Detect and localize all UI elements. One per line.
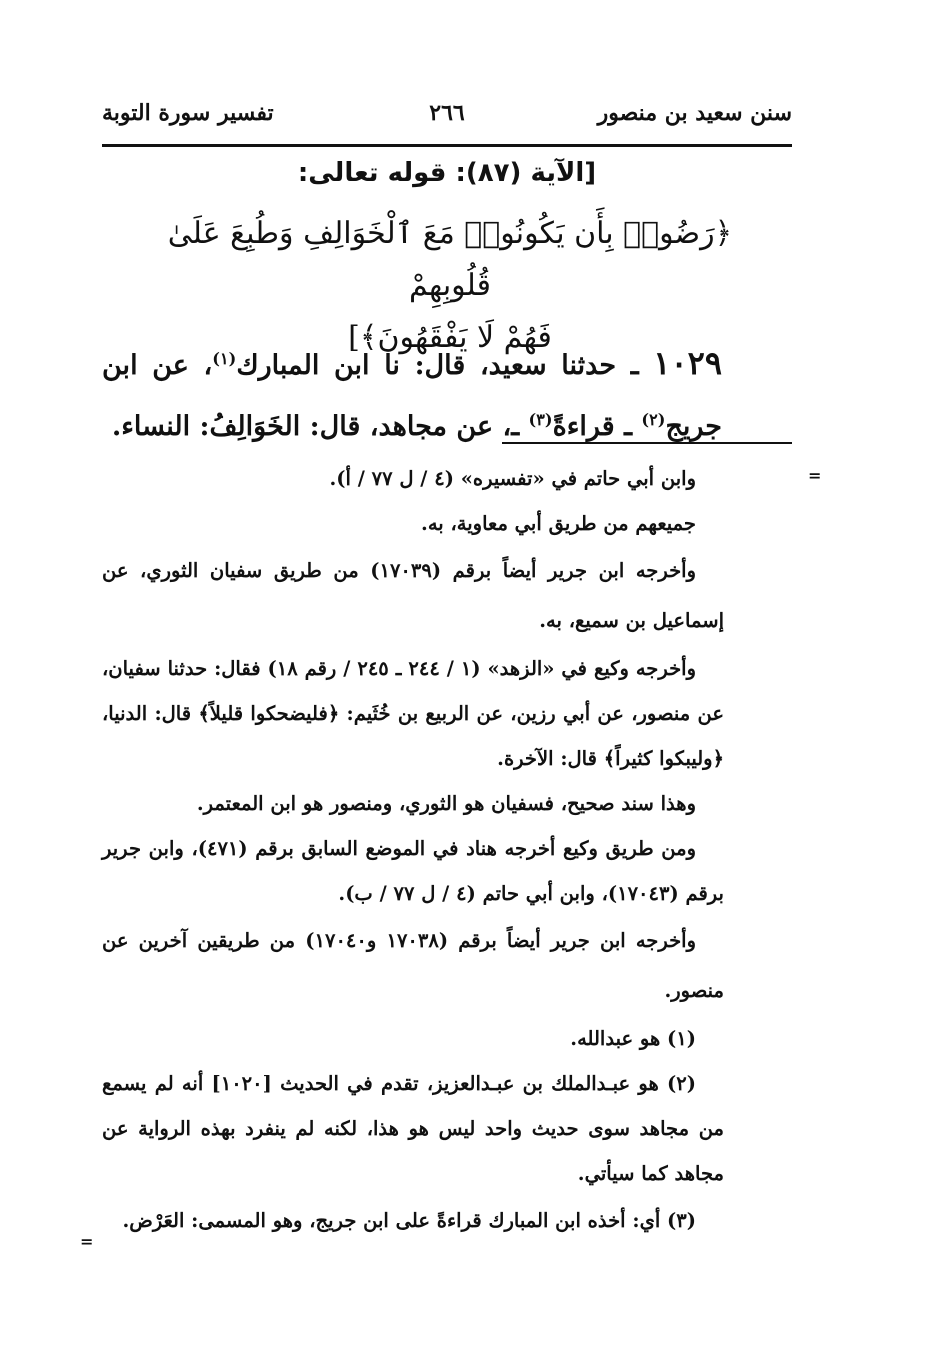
footnote-continued-4: وأخرجه وكيع في «الزهد» (١ / ٢٤٤ ـ ٢٤٥ / … bbox=[102, 646, 724, 781]
footnote-3: (٣) أي: أخذه ابن المبارك قراءةً على ابن … bbox=[102, 1196, 724, 1246]
hadith-text-1: ـ حدثنا سعيد، قال: نا ابن المبارك bbox=[236, 350, 653, 381]
verse-heading: [الآية (٨٧): قوله تعالى: bbox=[102, 158, 792, 188]
continued-from-mark: = bbox=[808, 466, 821, 485]
running-header: سنن سعيد بن منصور ٢٦٦ تفسير سورة التوبة bbox=[102, 100, 792, 136]
footnote-continued-6: ومن طريق وكيع أخرجه هناد في الموضع الساب… bbox=[102, 826, 724, 916]
footnote-continued-1: وابن أبي حاتم في «تفسيره» (٤ / ل ٧٧ / أ)… bbox=[102, 456, 724, 501]
header-divider bbox=[102, 144, 792, 147]
verse-line-1: ﴿رَضُوا۟ بِأَن يَكُونُوا۟ مَعَ ٱلْخَوَال… bbox=[150, 208, 750, 312]
footnote-ref-2[interactable]: (٢) bbox=[641, 410, 665, 429]
footnote-divider bbox=[502, 442, 792, 444]
hadith-text-4: ـ، عن مجاهد، قال: الخَوَالِفُ: النساء. bbox=[112, 411, 529, 442]
document-page: سنن سعيد بن منصور ٢٦٦ تفسير سورة التوبة … bbox=[0, 0, 926, 1353]
footnote-ref-1[interactable]: (١) bbox=[212, 349, 236, 368]
footnote-continued-5: وهذا سند صحيح، فسفيان هو الثوري، ومنصور … bbox=[102, 781, 724, 826]
footnote-continued-7: وأخرجه ابن جرير أيضاً برقم (١٧٠٣٨ و١٧٠٤٠… bbox=[102, 916, 724, 1016]
hadith-number: ١٠٢٩ bbox=[653, 344, 722, 382]
footnote-ref-3[interactable]: (٣) bbox=[529, 410, 553, 429]
continues-to-mark: = bbox=[80, 1232, 93, 1251]
hadith-text-3: ـ قراءةً bbox=[553, 411, 642, 442]
footnote-continued-2: جميعهم من طريق أبي معاوية، به. bbox=[102, 501, 724, 546]
hadith-text: ١٠٢٩ ـ حدثنا سعيد، قال: نا ابن المبارك(١… bbox=[102, 332, 722, 454]
footnote-2: (٢) هو عبـدالملك بن عبـدالعزيز، تقدم في … bbox=[102, 1061, 724, 1196]
footnote-continued-3: وأخرجه ابن جرير أيضاً برقم (١٧٠٣٩) من طر… bbox=[102, 546, 724, 646]
footnote-1: (١) هو عبدالله. bbox=[102, 1016, 724, 1061]
section-title: تفسير سورة التوبة bbox=[102, 100, 274, 126]
footnotes: وابن أبي حاتم في «تفسيره» (٤ / ل ٧٧ / أ)… bbox=[102, 456, 724, 1246]
